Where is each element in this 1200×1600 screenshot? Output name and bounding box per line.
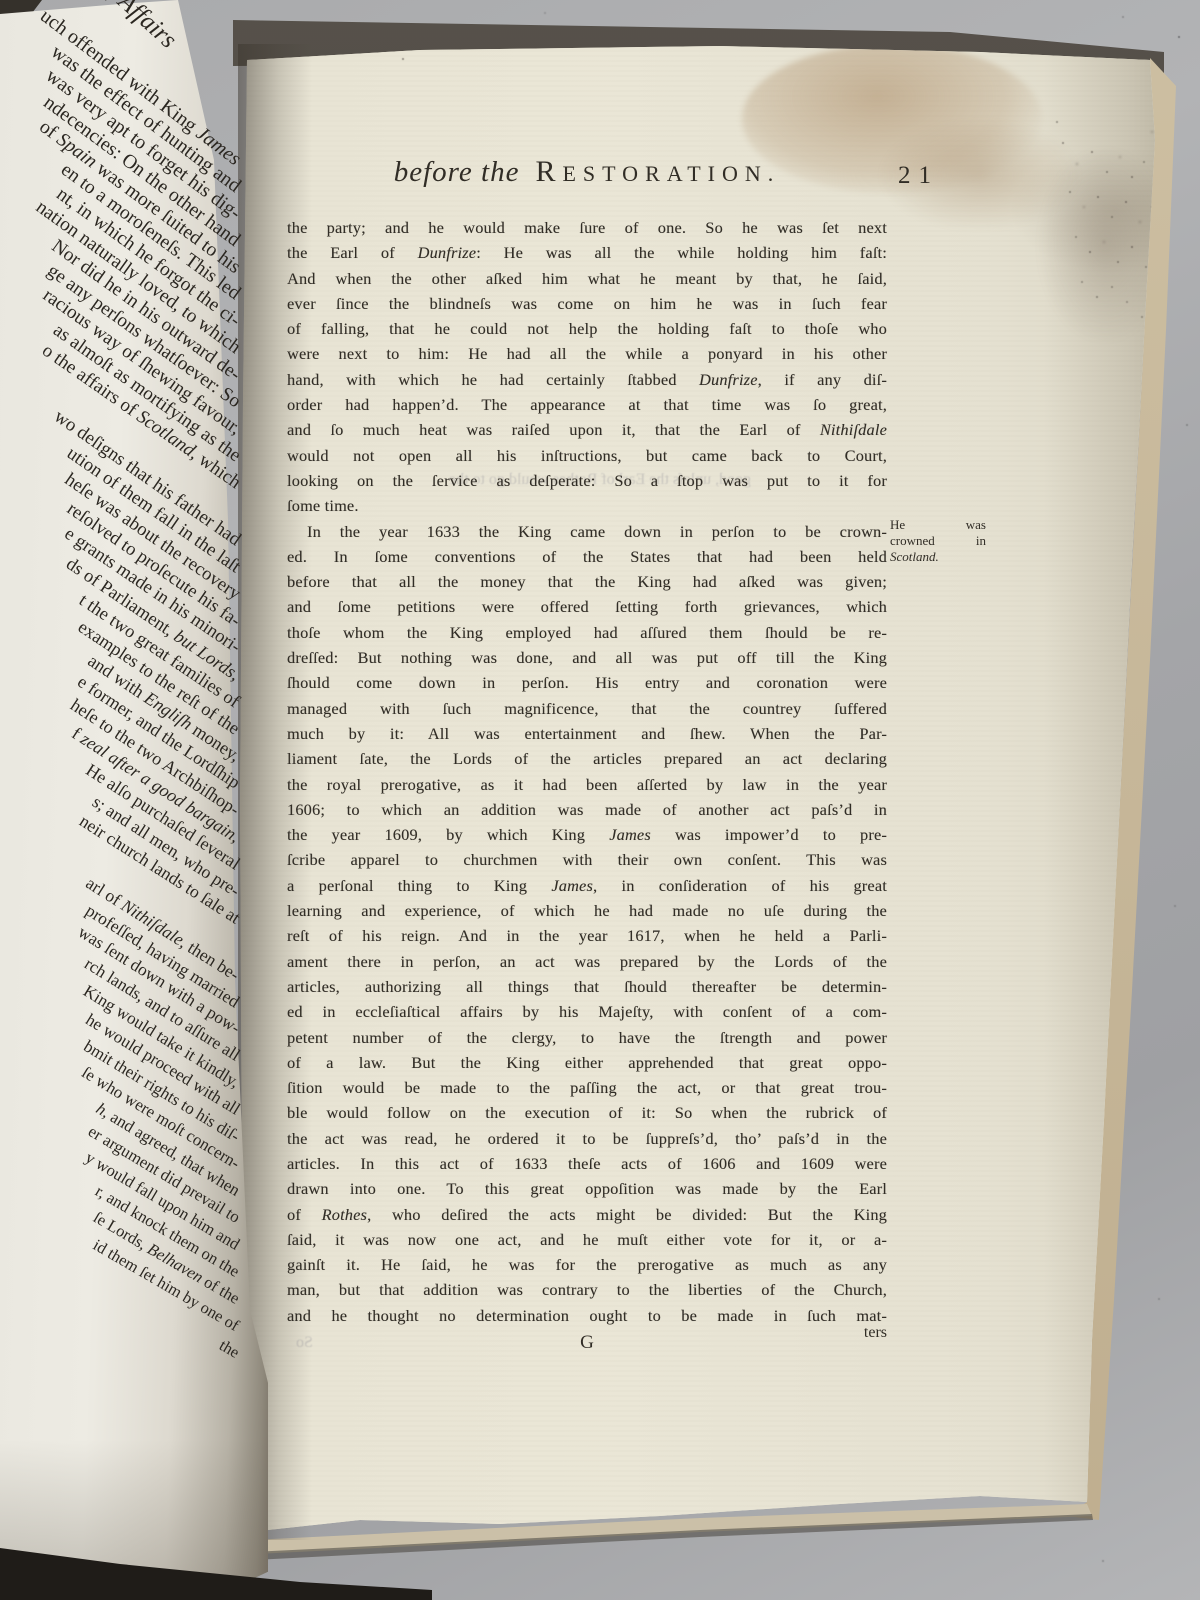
margin-note-line: He was — [890, 517, 986, 533]
text-line: In the year 1633 the King came down in p… — [287, 519, 887, 544]
text-line: were next to him: He had all the while a… — [287, 341, 887, 366]
left-text-line: the — [216, 1335, 243, 1362]
text-line: articles, authorizing all things that ſh… — [287, 974, 887, 999]
running-head-cap-rest: ESTORATION. — [562, 161, 780, 186]
text-line: the act was read, he ordered it to be ſu… — [287, 1126, 887, 1151]
running-head-caps: RESTORATION. — [535, 168, 780, 185]
text-line: 1606; to which an addition was made of a… — [287, 797, 887, 822]
text-line: the royal prerogative, as it had been aſ… — [287, 772, 887, 797]
text-line: ſome time. — [287, 493, 887, 518]
text-line: managed with ſuch magnificence, that the… — [287, 696, 887, 721]
text-line: the year 1609, by which King James was i… — [287, 822, 887, 847]
left-page-lines: of Affairs uch offended with King Jamesw… — [0, 0, 268, 1600]
catchword: ters — [287, 1324, 887, 1342]
running-head-italic: before the — [394, 156, 520, 188]
text-line: ſaid, it was now one act, and he muſt ei… — [287, 1227, 887, 1252]
text-line: ſition would be made to the paſſing the … — [287, 1075, 887, 1100]
text-line: before that all the money that the King … — [287, 569, 887, 594]
text-line: articles. In this act of 1633 theſe acts… — [287, 1151, 887, 1176]
text-line: dreſſed: But nothing was done, and all w… — [287, 645, 887, 670]
text-line: ed in eccleſiaſtical affairs by his Maje… — [287, 999, 887, 1024]
text-line: ſcribe apparel to churchmen with their o… — [287, 847, 887, 872]
text-line: a perſonal thing to King James, in conſi… — [287, 873, 887, 898]
text-line: of Rothes, who deſired the acts might be… — [287, 1202, 887, 1227]
text-line: ament there in perſon, an act was prepar… — [287, 949, 887, 974]
margin-note-line: crowned in — [890, 533, 986, 549]
text-line: the party; and he would make ſure of one… — [287, 215, 887, 240]
text-line: reſt of his reign. And in the year 1617,… — [287, 923, 887, 948]
text-line: drawn into one. To this great oppoſition… — [287, 1176, 887, 1201]
text-line: thoſe whom the King employed had aſſured… — [287, 620, 887, 645]
text-line: hand, with which he had certainly ſtabbe… — [287, 367, 887, 392]
running-head-cap-initial: R — [535, 155, 562, 188]
page-number: 21 — [898, 162, 939, 190]
text-line: ed. In ſome conventions of the States th… — [287, 544, 887, 569]
text-line: learning and experience, of which he had… — [287, 898, 887, 923]
text-line: and ſo much heat was raiſed upon it, tha… — [287, 417, 887, 442]
text-line: gainſt it. He ſaid, he was for the prero… — [287, 1252, 887, 1277]
text-line: man, but that addition was contrary to t… — [287, 1277, 887, 1302]
text-line: ever ſince the blindneſs was come on him… — [287, 291, 887, 316]
text-line: much by it: All was entertainment and ſh… — [287, 721, 887, 746]
text-line: liament ſate, the Lords of the articles … — [287, 746, 887, 771]
text-line: ſhould come down in perſon. His entry an… — [287, 670, 887, 695]
text-line: order had happen’d. The appearance at th… — [287, 392, 887, 417]
text-line: petent number of the clergy, to have the… — [287, 1025, 887, 1050]
text-line: would not open all his inſtructions, but… — [287, 443, 887, 468]
margin-note: He wascrowned inScotland. — [890, 517, 986, 565]
text-line: looking on the ſervice as deſperate: So … — [287, 468, 887, 493]
running-head: before theRESTORATION. — [287, 155, 887, 189]
text-line: And when the other aſked him what he mea… — [287, 266, 887, 291]
text-line: ble would follow on the execution of it:… — [287, 1100, 887, 1125]
text-line: of a law. But the King either apprehende… — [287, 1050, 887, 1075]
text-line: the Earl of Dunfrize: He was all the whi… — [287, 240, 887, 265]
margin-note-line: Scotland. — [890, 549, 986, 565]
left-page-header-fragment: of Affairs — [93, 0, 181, 54]
text-line: and ſome petitions were offered ſetting … — [287, 594, 887, 619]
text-block: the party; and he would make ſure of one… — [287, 215, 887, 1328]
text-line: of falling, that he could not help the h… — [287, 316, 887, 341]
